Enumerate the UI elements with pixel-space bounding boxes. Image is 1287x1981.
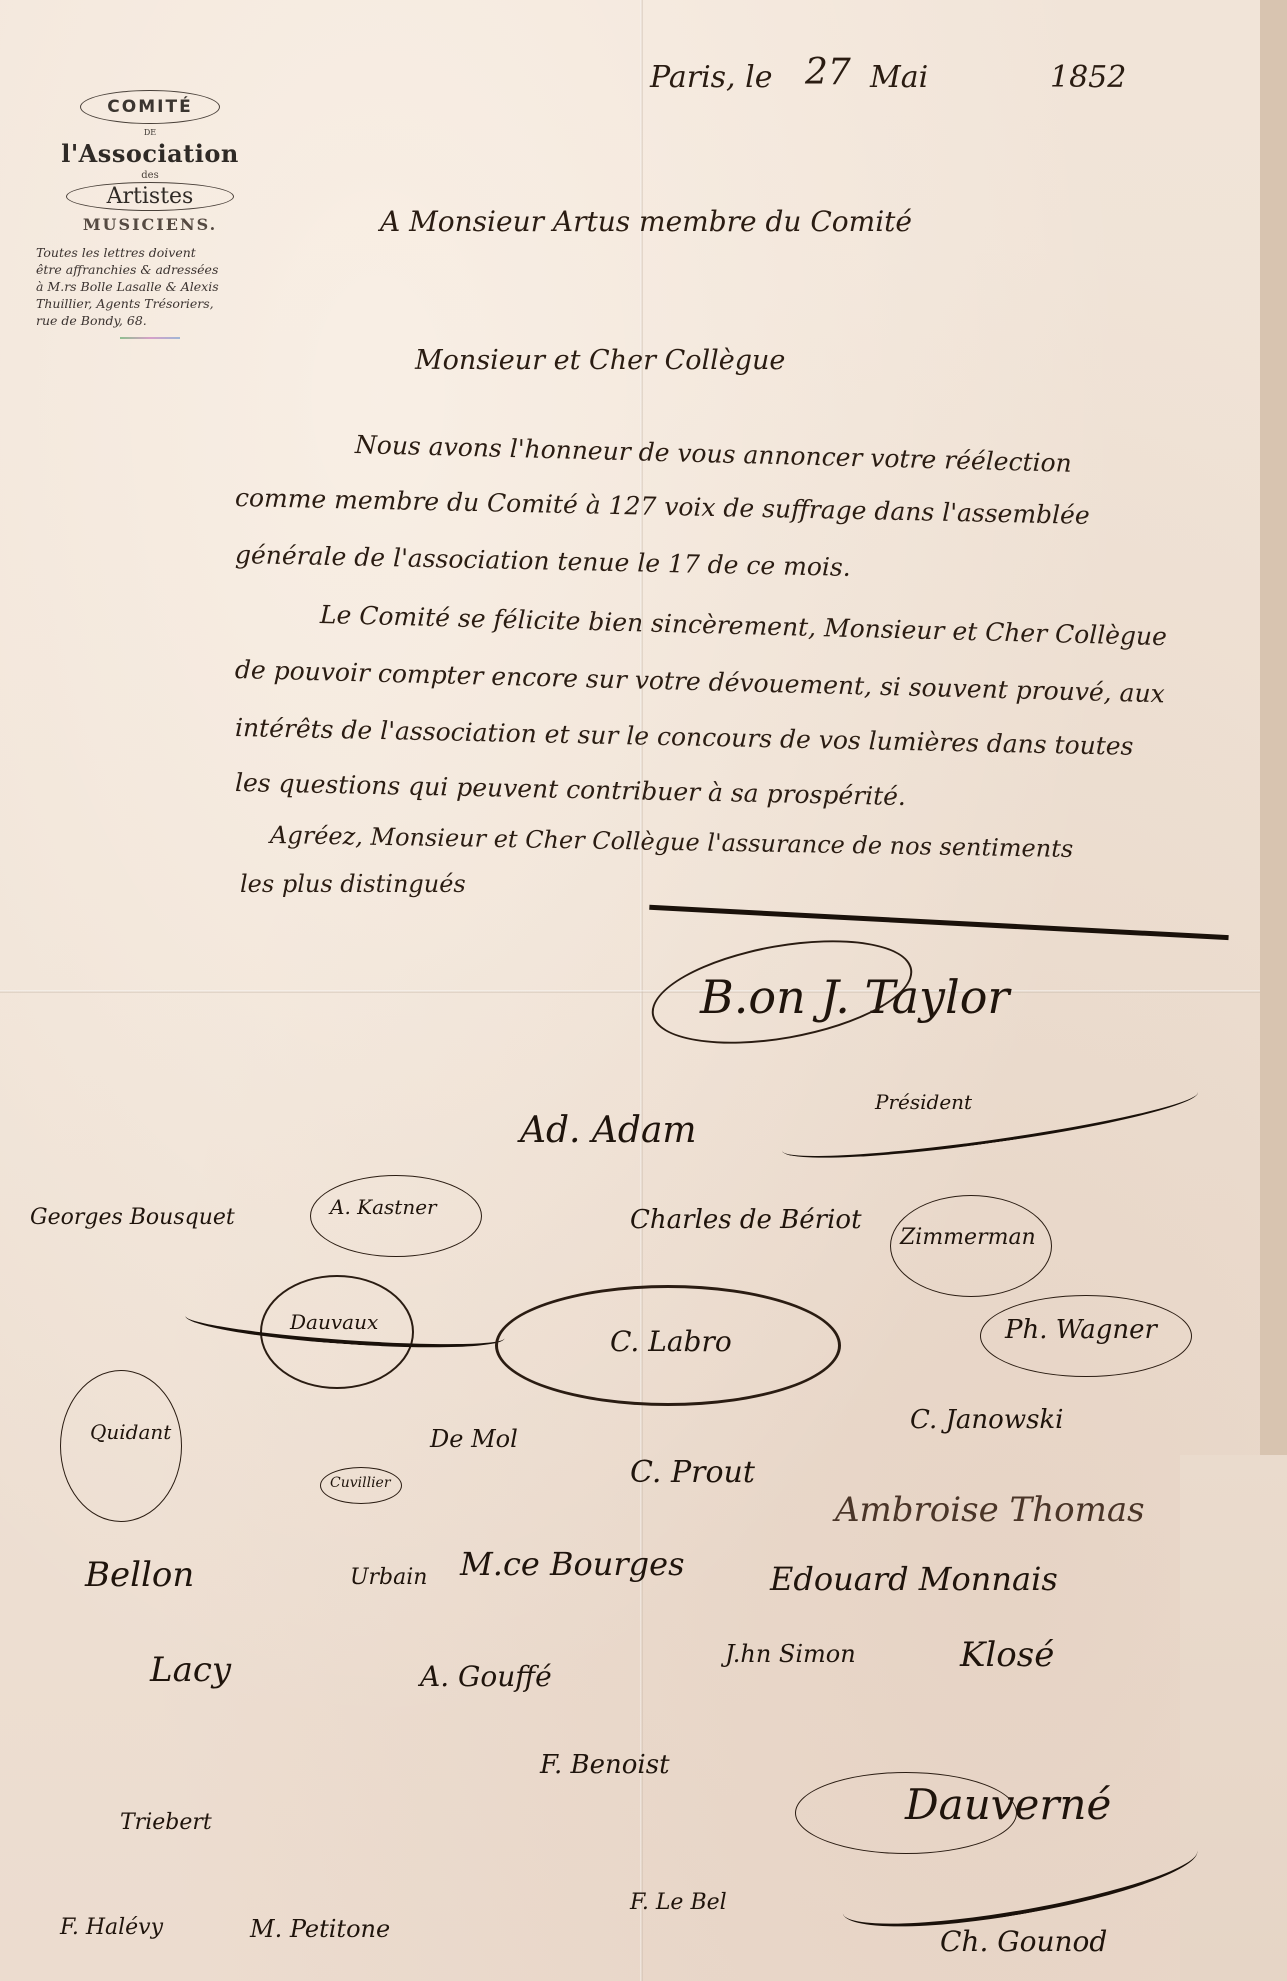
signature: Ch. Gounod [940,1925,1107,1958]
signature-oval [495,1285,841,1406]
signature-oval [890,1195,1052,1297]
signature: C. Labro [610,1325,732,1358]
letterhead-musiciens: MUSICIENS. [30,215,270,234]
signature: Lacy [150,1650,231,1690]
letterhead-association: l'Association [30,139,270,168]
signature: J.hn Simon [725,1640,856,1668]
signature: Charles de Bériot [630,1205,862,1235]
salutation: Monsieur et Cher Collègue [415,345,785,376]
date-day: 27 [805,52,851,93]
signature: Zimmerman [900,1225,1036,1250]
letterhead-de: DE [30,128,270,137]
note-line: être affranchies & adressées [36,261,270,278]
date-month: Mai [870,60,928,95]
note-line: Toutes les lettres doivent [36,244,270,261]
horizontal-fold-line [0,990,1260,993]
signature-oval [795,1772,1017,1854]
signature: A. Gouffé [420,1660,552,1693]
signature-oval [320,1467,402,1504]
signature: Ph. Wagner [1005,1315,1157,1345]
signature: Triebert [120,1810,212,1835]
signature: F. Le Bel [630,1890,727,1915]
signature: Edouard Monnais [770,1560,1058,1598]
signature-president: B.on J. Taylor [700,970,1009,1024]
signature: Ad. Adam [520,1110,697,1151]
closing-line: les plus distingués [240,870,466,898]
letterhead-comite: COMITÉ [80,90,219,124]
letterhead: COMITÉ DE l'Association des Artistes MUS… [30,90,270,339]
signature: Urbain [350,1565,427,1590]
signature: A. Kastner [330,1195,437,1219]
note-line: à M.rs Bolle Lasalle & Alexis [36,278,270,295]
signature: Dauverné [905,1780,1111,1829]
letterhead-rule [120,337,180,339]
date-year: 1852 [1050,60,1126,95]
signature: F. Halévy [60,1915,163,1940]
signature: Bellon [85,1555,194,1595]
note-line: Thuillier, Agents Trésoriers, [36,295,270,312]
signature: Ambroise Thomas [835,1490,1145,1530]
signature-oval [310,1175,482,1257]
letterhead-postal-note: Toutes les lettres doivent être affranch… [30,244,270,329]
note-line: rue de Bondy, 68. [36,312,270,329]
signature: Quidant [90,1420,171,1444]
signature: Cuvillier [330,1475,391,1491]
signature: De Mol [430,1425,518,1453]
signature: F. Benoist [540,1750,670,1780]
signature-oval [60,1370,182,1522]
recipient-address: A Monsieur Artus membre du Comité [380,205,912,238]
date-place: Paris, le [650,60,772,95]
letterhead-artistes: Artistes [66,182,235,211]
paper-patch [1180,1455,1287,1981]
signature: Georges Bousquet [30,1205,235,1230]
letterhead-des: des [30,170,270,181]
signature: Klosé [960,1635,1054,1675]
signature-oval [980,1295,1192,1377]
signature: C. Prout [630,1455,755,1490]
signature: M.ce Bourges [460,1545,685,1583]
signature: M. Petitone [250,1915,390,1943]
signature: C. Janowski [910,1405,1064,1435]
